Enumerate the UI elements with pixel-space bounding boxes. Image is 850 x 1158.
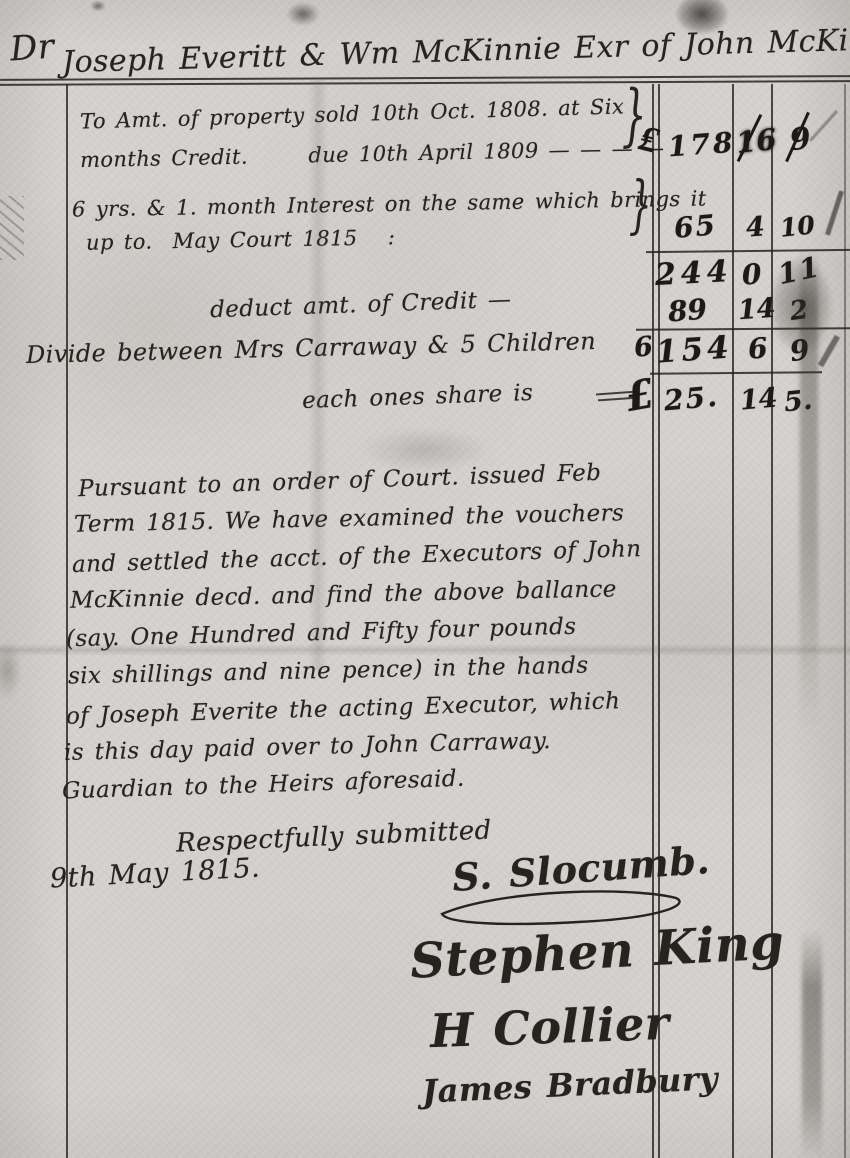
shillings-column-rule — [732, 84, 734, 1158]
paragraph-line-6: six shillings and nine pence) in the han… — [68, 653, 589, 690]
entry2-line1: 6 yrs. & 1. month Interest on the same w… — [72, 186, 707, 221]
horizontal-fold-crease — [0, 644, 850, 656]
entry6-shillings: 14 — [739, 382, 779, 416]
respectfully-submitted: Respectfully submitted — [176, 815, 493, 858]
debit-abbreviation: Dr — [9, 27, 56, 70]
entry1-line2: months Credit. due 10th April 1809 — — —… — [80, 136, 665, 172]
margin-rule — [66, 84, 68, 1158]
stain-streak-right-lower — [802, 930, 822, 1158]
pencil-hatch-left-edge — [0, 196, 24, 260]
entry3-shillings: 0 — [741, 257, 763, 291]
vertical-fold-crease — [308, 80, 328, 670]
right-edge-rule — [844, 84, 846, 1158]
header-rule-bottom — [0, 80, 850, 85]
paragraph-line-7: of Joseph Everite the acting Executor, w… — [66, 688, 621, 729]
paragraph-line-4: McKinnie decd. and find the above ballan… — [70, 576, 617, 613]
stain-streak-right-upper — [800, 250, 818, 730]
ink-spot-top-left — [90, 0, 106, 12]
entry2-brace: } — [629, 171, 652, 243]
closing-date: 9th May 1815. — [49, 853, 260, 895]
entry5-divisor: 6 — [632, 331, 654, 364]
paragraph-line-9: Guardian to the Heirs aforesaid. — [62, 766, 465, 805]
entry2-shillings: 4 — [745, 211, 766, 243]
subtotal-rule-1 — [646, 249, 850, 253]
entry6-label: each ones share is — [302, 380, 534, 414]
entry4-shillings: 14 — [737, 293, 777, 327]
entry2-line2: up to. May Court 1815 : — [86, 225, 396, 254]
scanned-ledger-document: Dr Joseph Everitt & Wm McKinnie Exr of J… — [0, 0, 850, 1158]
paragraph-line-2: Term 1815. We have examined the vouchers — [74, 500, 625, 538]
edge-mark-right-2 — [818, 335, 840, 367]
ink-smudge-top-center — [286, 2, 320, 26]
subtotal-rule-3 — [650, 371, 822, 375]
paragraph-line-8: is this day paid over to John Carraway. — [64, 728, 551, 766]
paragraph-line-3: and settled the acct. of the Executors o… — [72, 536, 642, 578]
entry4-pounds: 89 — [667, 292, 709, 328]
entry2-pounds: 65 — [673, 208, 719, 245]
document-title: Joseph Everitt & Wm McKinnie Exr of John… — [62, 23, 850, 80]
entry5-shillings: 6 — [747, 331, 769, 366]
edge-mark-right-1 — [825, 190, 844, 235]
entry5-pounds: 154 — [655, 329, 734, 370]
edge-mark-right-3 — [809, 110, 838, 142]
pence-column-rule — [771, 84, 773, 1158]
entry1-pounds: 178 — [667, 126, 737, 164]
entry3-pounds: 244 — [654, 254, 733, 293]
signature-collier: H Collier — [429, 996, 670, 1058]
entry6-pounds: 25. — [663, 380, 720, 418]
signature-bradbury: James Bradbury — [421, 1059, 718, 1110]
paragraph-line-1: Pursuant to an order of Court. issued Fe… — [78, 460, 602, 502]
entry1-line1: To Amt. of property sold 10th Oct. 1808.… — [80, 94, 625, 133]
entry4-label: deduct amt. of Credit — — [210, 287, 512, 324]
entry2-pence: 10 — [779, 210, 817, 242]
